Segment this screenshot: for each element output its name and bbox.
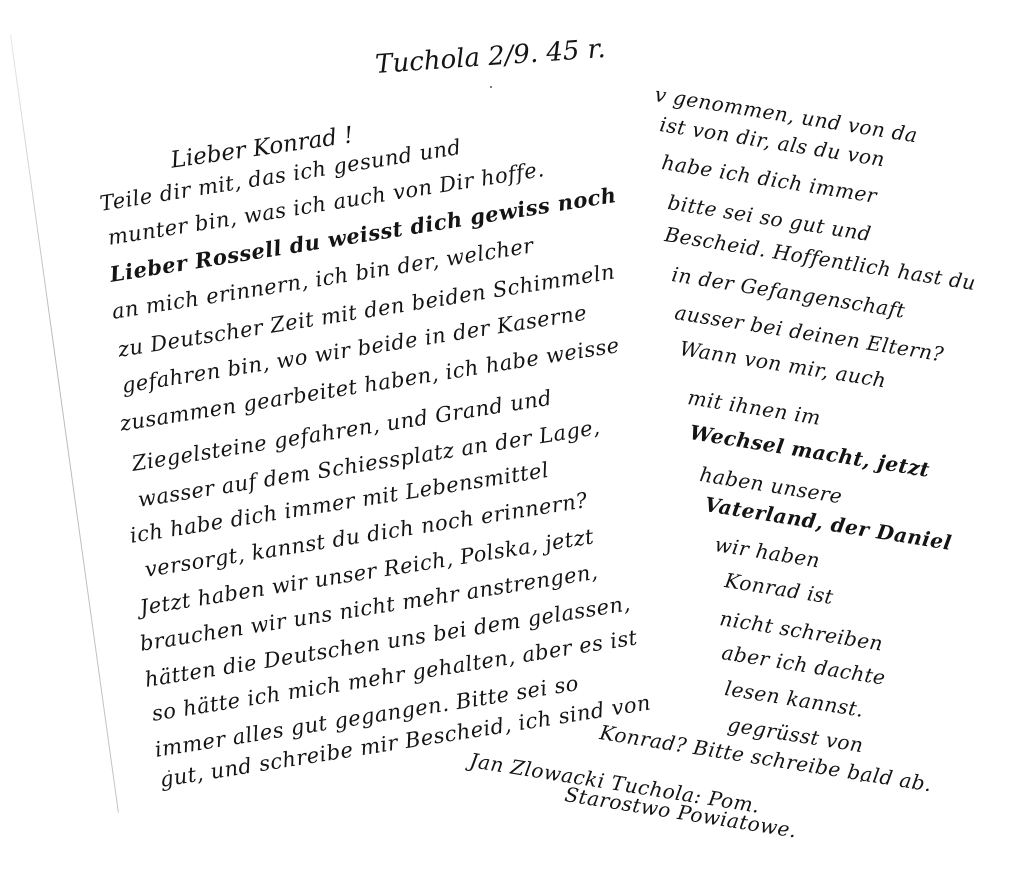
place-date-header: Tuchola 2/9. 45 r. (374, 34, 606, 80)
left-sheet-edge (10, 35, 119, 813)
ink-speck (168, 770, 170, 772)
scanned-letter: Tuchola 2/9. 45 r. Lieber Konrad ! Teile… (0, 0, 1024, 884)
ink-speck (490, 86, 492, 88)
letter-line: Konrad ist (723, 568, 835, 609)
letter-line: wir haben (713, 532, 822, 572)
ink-speck (860, 780, 862, 782)
